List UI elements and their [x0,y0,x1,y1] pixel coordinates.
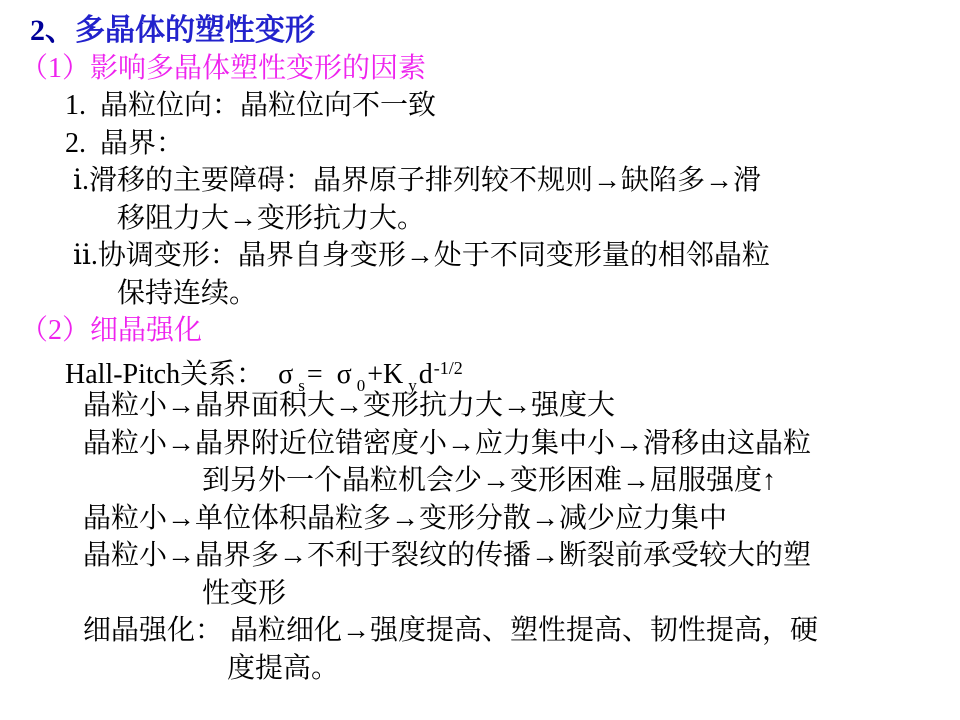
slide-title-number: 2、 [30,14,75,47]
slide: 2、多晶体的塑性变形 （1）影响多晶体塑性变形的因素 1. 晶粒位向：晶粒位向不… [0,0,960,720]
grain-boundary-obstacle-line1: ⅰ.滑移的主要障碍：晶界原子排列较不规则→缺陷多→滑 [73,162,960,200]
fine-grain-point4-line1: 晶粒小→晶界多→不利于裂纹的传播→断裂前承受较大的塑 [83,537,960,575]
fine-grain-point2-line1: 晶粒小→晶界附近位错密度小→应力集中小→滑移由这晶粒 [83,425,960,463]
formula-equals: = [307,359,323,390]
grain-boundary-obstacle-line2: 移阻力大→变形抗力大。 [117,200,960,238]
fine-grain-summary-line1: 细晶强化： 晶粒细化→强度提高、塑性提高、韧性提高，硬 [83,612,960,650]
formula-sigma-s: σ [278,359,293,390]
fine-grain-point1: 晶粒小→晶界面积大→变形抗力大→强度大 [83,387,960,425]
section2-heading: （2）细晶强化 [20,312,960,350]
slide-title-text: 多晶体的塑性变形 [75,14,315,47]
formula-exponent: -1/2 [434,358,463,378]
fine-grain-summary-line2: 度提高。 [227,650,960,688]
hall-pitch-formula: Hall-Pitch关系：σs=σ0+Kyd-1/2 [65,350,960,388]
slide-title: 2、多晶体的塑性变形 [30,12,960,50]
formula-plus-k: +K [367,359,403,390]
fine-grain-point2-line2: 到另外一个晶粒机会少→变形困难→屈服强度↑ [202,462,960,500]
coordinated-deformation-line1: ⅱ.协调变形：晶界自身变形→处于不同变形量的相邻晶粒 [73,237,960,275]
formula-sigma-0: σ [337,359,352,390]
fine-grain-point4-line2: 性变形 [202,575,960,613]
formula-d: d [419,359,433,390]
coordinated-deformation-line2: 保持连续。 [117,275,960,313]
fine-grain-point3: 晶粒小→单位体积晶粒多→变形分散→减少应力集中 [83,500,960,538]
section1-item-grain-orientation: 1. 晶粒位向：晶粒位向不一致 [65,87,960,125]
section1-heading: （1）影响多晶体塑性变形的因素 [20,50,960,88]
formula-label: Hall-Pitch关系： [65,359,264,390]
section1-item-grain-boundary: 2. 晶界： [65,125,960,163]
